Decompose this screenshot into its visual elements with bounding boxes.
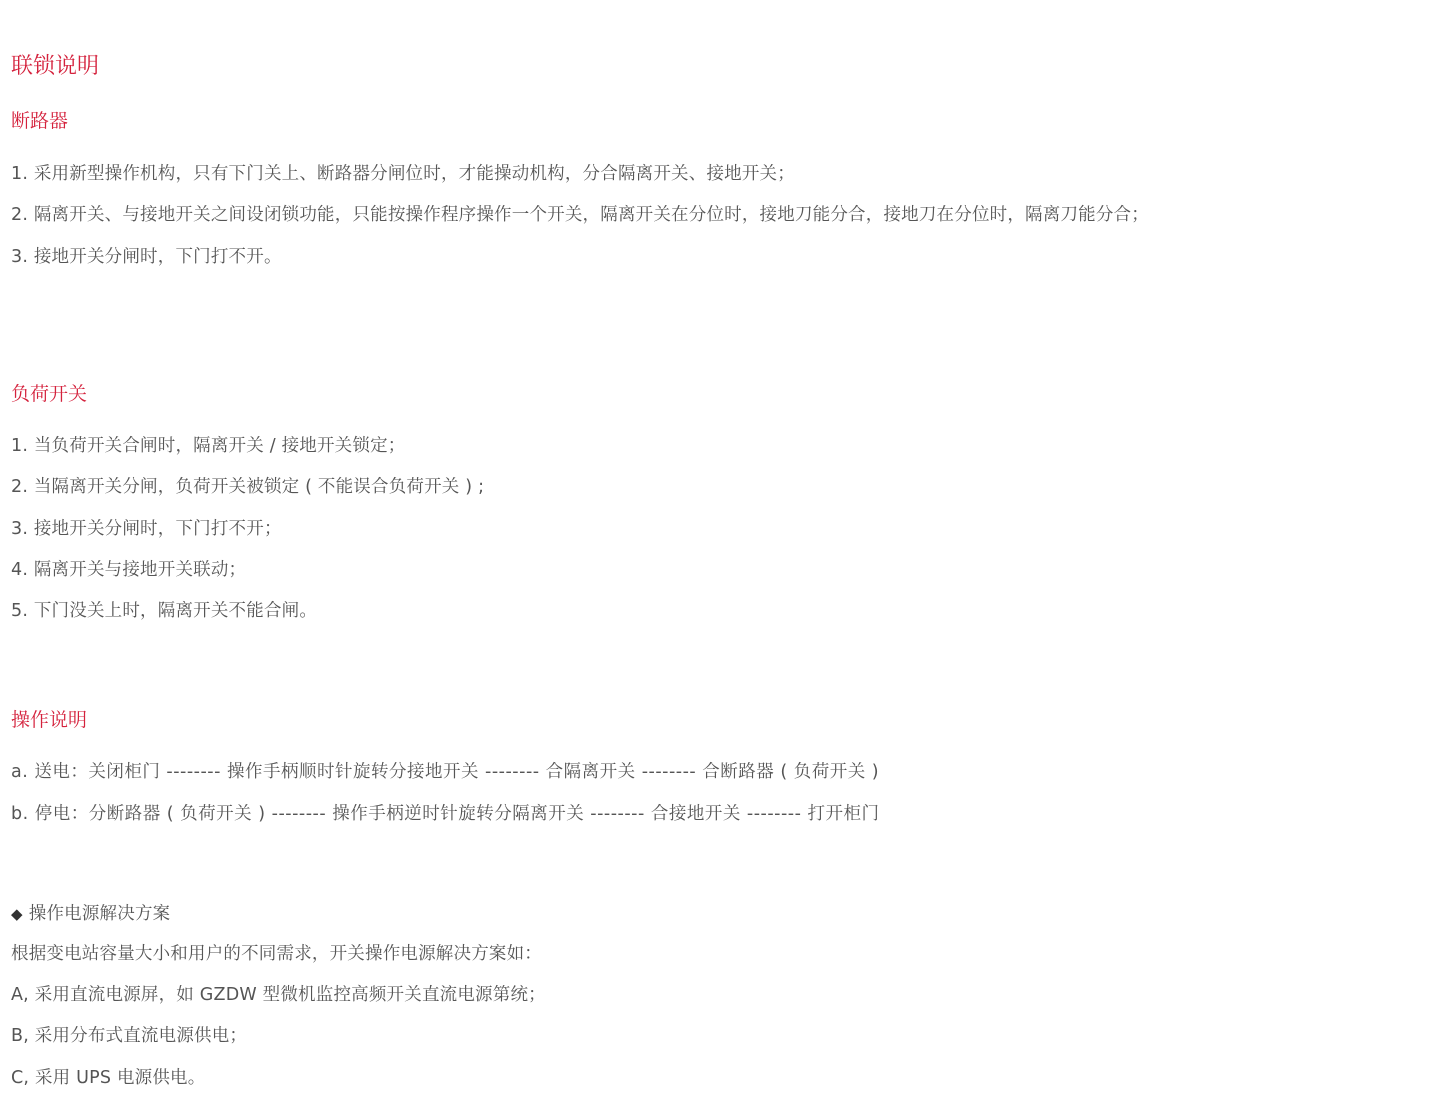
diamond-bullet-icon: ◆ xyxy=(11,905,23,923)
power-solution-item-c: C, 采用 UPS 电源供电。 xyxy=(11,1064,205,1089)
section-heading-load-switch: 负荷开关 xyxy=(11,379,87,406)
power-solution-heading-text: 操作电源解决方案 xyxy=(29,904,171,924)
load-switch-item-5: 5. 下门没关上时，隔离开关不能合闸。 xyxy=(11,597,317,622)
power-solution-heading: ◆操作电源解决方案 xyxy=(11,900,170,925)
section-heading-breaker: 断路器 xyxy=(11,106,68,133)
load-switch-item-1: 1. 当负荷开关合闸时，隔离开关 / 接地开关锁定； xyxy=(11,432,405,457)
operation-item-power-on: a. 送电：关闭柜门 -------- 操作手柄顺时针旋转分接地开关 -----… xyxy=(11,758,879,783)
operation-item-power-off: b. 停电：分断路器 ( 负荷开关 ) -------- 操作手柄逆时针旋转分隔… xyxy=(11,800,880,825)
load-switch-item-2: 2. 当隔离开关分闸，负荷开关被锁定 ( 不能误合负荷开关 ) ; xyxy=(11,473,484,498)
section-heading-operation: 操作说明 xyxy=(11,705,87,732)
page-title: 联锁说明 xyxy=(11,49,99,80)
breaker-item-2: 2. 隔离开关、与接地开关之间设闭锁功能，只能按操作程序操作一个开关，隔离开关在… xyxy=(11,201,1149,226)
load-switch-item-4: 4. 隔离开关与接地开关联动； xyxy=(11,556,246,581)
breaker-item-1: 1. 采用新型操作机构，只有下门关上、断路器分闸位时，才能操动机构，分合隔离开关… xyxy=(11,160,795,185)
power-solution-intro: 根据变电站容量大小和用户的不同需求，开关操作电源解决方案如： xyxy=(11,940,542,965)
load-switch-item-3: 3. 接地开关分闸时，下门打不开； xyxy=(11,515,282,540)
power-solution-item-a: A, 采用直流电源屏，如 GZDW 型微机监控高频开关直流电源第统； xyxy=(11,981,546,1006)
breaker-item-3: 3. 接地开关分闸时，下门打不开。 xyxy=(11,243,282,268)
power-solution-item-b: B, 采用分布式直流电源供电； xyxy=(11,1022,247,1047)
